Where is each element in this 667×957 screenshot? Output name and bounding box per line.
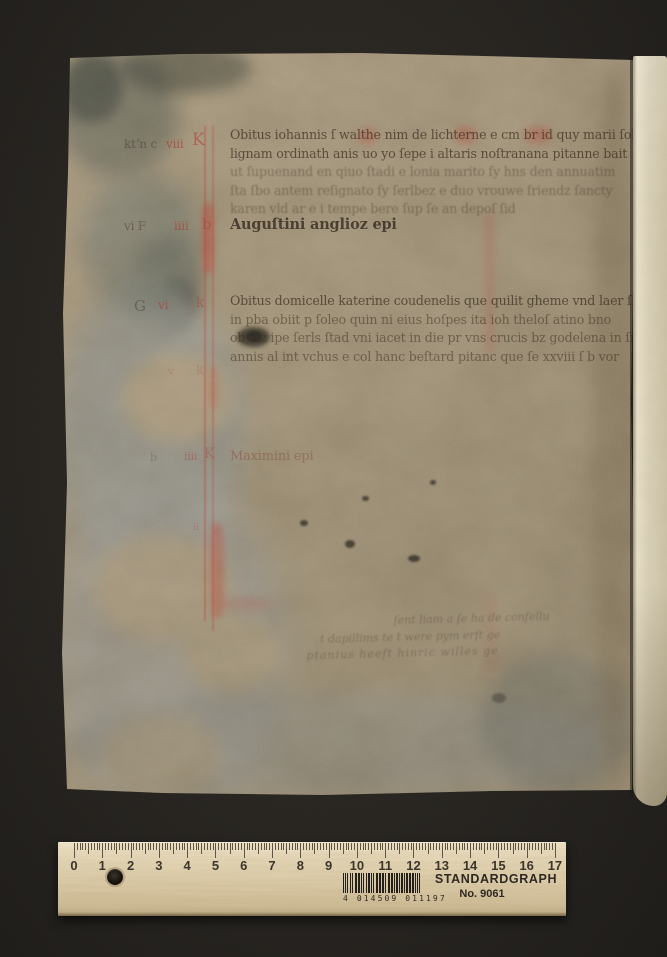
ruler-tick — [238, 843, 239, 850]
ruler-tick — [142, 843, 143, 850]
ruler-tick — [493, 843, 494, 850]
ruler-tick — [230, 843, 231, 854]
ruler-tick — [385, 843, 386, 858]
ruler-number: 4 — [184, 858, 191, 873]
ruler-number: 15 — [491, 858, 505, 873]
ruler-tick — [541, 843, 542, 854]
ruler-number: 6 — [240, 858, 247, 873]
ruler-tick — [402, 843, 403, 850]
ruler-tick — [156, 843, 157, 850]
ruler-tick — [411, 843, 412, 850]
ruler-tick — [111, 843, 112, 850]
ruler-tick — [258, 843, 259, 854]
ruler-tick — [510, 843, 511, 850]
ruler-tick — [297, 843, 298, 850]
ruler-tick — [221, 843, 222, 850]
ruler-number: 16 — [519, 858, 533, 873]
ruler-tick — [388, 843, 389, 850]
ruler-tick — [99, 843, 100, 850]
ruler-tick — [314, 843, 315, 854]
ruler-tick — [190, 843, 191, 850]
ruler-tick — [504, 843, 505, 850]
ruler-number: 14 — [463, 858, 477, 873]
ruler-number: 9 — [325, 858, 332, 873]
ruler-number: 7 — [268, 858, 275, 873]
ruler-tick — [498, 843, 499, 858]
ruler-tick — [207, 843, 208, 850]
ruler-tick — [261, 843, 262, 850]
ruler-tick — [139, 843, 140, 850]
ruler-tick — [490, 843, 491, 850]
ruler-tick — [470, 843, 471, 858]
ruler-tick — [515, 843, 516, 850]
ruler-tick — [159, 843, 160, 858]
ruler-tick — [351, 843, 352, 850]
ruler-number: 1 — [99, 858, 106, 873]
ruler-tick — [235, 843, 236, 850]
ruler: 01234567891011121314151617 4 014509 0111… — [58, 842, 566, 916]
ruler-tick — [453, 843, 454, 850]
ruler-tick — [232, 843, 233, 850]
ruler-tick — [479, 843, 480, 850]
ruler-tick — [275, 843, 276, 850]
ruler-tick — [187, 843, 188, 858]
ruler-tick — [507, 843, 508, 850]
ruler-tick — [224, 843, 225, 850]
ruler-tick — [145, 843, 146, 854]
ruler-tick — [176, 843, 177, 850]
ruler-tick — [244, 843, 245, 858]
ruler-tick — [487, 843, 488, 850]
ruler-tick — [131, 843, 132, 858]
ruler-tick — [546, 843, 547, 850]
ruler-tick — [148, 843, 149, 850]
ruler-tick — [374, 843, 375, 850]
ruler-tick — [133, 843, 134, 850]
ruler-tick — [496, 843, 497, 850]
ruler-tick — [484, 843, 485, 854]
ruler-tick — [102, 843, 103, 858]
ruler-tick — [544, 843, 545, 850]
ruler-tick — [481, 843, 482, 850]
ruler-tick — [116, 843, 117, 854]
ruler-tick — [326, 843, 327, 850]
ruler-tick — [170, 843, 171, 850]
ruler-tick — [357, 843, 358, 858]
ruler-tick — [422, 843, 423, 850]
ruler-number: 5 — [212, 858, 219, 873]
facing-folio-edge — [633, 56, 667, 806]
ruler-tick — [295, 843, 296, 850]
ruler-tick — [227, 843, 228, 850]
ruler-tick — [501, 843, 502, 850]
ruler-tick — [538, 843, 539, 850]
ruler-bottom-edge — [58, 912, 566, 916]
ruler-tick — [365, 843, 366, 850]
ruler-tick — [136, 843, 137, 850]
ruler-tick — [286, 843, 287, 854]
ruler-tick — [94, 843, 95, 850]
ruler-tick — [215, 843, 216, 858]
model-label: No. 9061 — [410, 888, 554, 900]
ruler-tick — [513, 843, 514, 854]
ruler-tick — [331, 843, 332, 850]
ruler-tick — [128, 843, 129, 850]
ruler-tick — [193, 843, 194, 850]
noise-rect — [633, 56, 667, 806]
noise-rect — [62, 53, 634, 795]
ruler-tick — [416, 843, 417, 850]
ruler-tick — [343, 843, 344, 854]
folio-texture — [633, 56, 667, 806]
ruler-tick — [162, 843, 163, 850]
ruler-tick — [309, 843, 310, 850]
ruler-tick — [450, 843, 451, 850]
ruler-tick — [122, 843, 123, 850]
ruler-tick — [467, 843, 468, 850]
ruler-tick — [167, 843, 168, 850]
ruler-tick — [439, 843, 440, 850]
ruler-tick — [247, 843, 248, 850]
ruler-tick — [433, 843, 434, 850]
ruler-tick — [363, 843, 364, 850]
ruler-number: 3 — [155, 858, 162, 873]
ruler-tick — [289, 843, 290, 850]
ruler-tick — [82, 843, 83, 850]
ruler-tick — [445, 843, 446, 850]
ruler-tick — [521, 843, 522, 850]
ruler-tick — [555, 843, 556, 858]
ruler-tick — [394, 843, 395, 850]
ruler-tick — [153, 843, 154, 850]
ruler-tick — [182, 843, 183, 850]
ruler-tick — [360, 843, 361, 850]
ruler-tick — [91, 843, 92, 850]
ruler-tick — [462, 843, 463, 850]
ruler-tick — [196, 843, 197, 850]
ruler-tick — [150, 843, 151, 850]
ruler-tick — [442, 843, 443, 858]
ruler-tick — [198, 843, 199, 850]
ruler-tick — [269, 843, 270, 850]
ruler-tick — [249, 843, 250, 850]
ruler-number: 13 — [435, 858, 449, 873]
ruler-tick — [278, 843, 279, 850]
ruler-tick — [408, 843, 409, 850]
ruler-tick — [527, 843, 528, 858]
ruler-number: 17 — [548, 858, 562, 873]
ruler-tick — [399, 843, 400, 854]
ruler-tick — [80, 843, 81, 850]
ruler-tick — [524, 843, 525, 850]
ruler-tick — [281, 843, 282, 850]
ruler-tick — [77, 843, 78, 850]
ruler-tick — [201, 843, 202, 854]
ruler-tick — [459, 843, 460, 850]
ruler-tick — [184, 843, 185, 850]
ruler-tick — [306, 843, 307, 850]
ruler-tick — [255, 843, 256, 850]
ruler-number: 10 — [350, 858, 364, 873]
ruler-tick — [272, 843, 273, 858]
ruler-tick — [320, 843, 321, 850]
ruler-tick — [371, 843, 372, 854]
ruler-tick — [430, 843, 431, 850]
ruler-tick — [266, 843, 267, 850]
ruler-tick — [74, 843, 75, 858]
ruler-tick — [105, 843, 106, 850]
ruler-tick — [323, 843, 324, 850]
ruler-tick — [252, 843, 253, 850]
ruler-tick — [108, 843, 109, 850]
ruler-tick — [391, 843, 392, 850]
ruler-tick — [264, 843, 265, 850]
ruler-tick — [213, 843, 214, 850]
ruler-tick — [348, 843, 349, 850]
ruler-number: 12 — [406, 858, 420, 873]
ruler-tick — [368, 843, 369, 850]
ruler-tick — [312, 843, 313, 850]
ruler-tick — [317, 843, 318, 850]
ruler-tick — [337, 843, 338, 850]
ruler-hole — [107, 869, 123, 885]
ruler-tick — [303, 843, 304, 850]
ruler-tick — [535, 843, 536, 850]
ruler-tick — [380, 843, 381, 850]
ruler-tick — [447, 843, 448, 850]
ruler-tick — [218, 843, 219, 850]
ruler-number: 2 — [127, 858, 134, 873]
ruler-tick — [179, 843, 180, 850]
ruler-tick — [425, 843, 426, 850]
ruler-tick — [292, 843, 293, 850]
ruler-tick — [85, 843, 86, 850]
ruler-tick — [552, 843, 553, 850]
ruler-tick — [405, 843, 406, 850]
ruler-tick — [340, 843, 341, 850]
ruler-tick — [436, 843, 437, 850]
parchment-texture — [62, 53, 634, 795]
ruler-tick — [173, 843, 174, 854]
ruler-tick — [334, 843, 335, 850]
ruler-number: 11 — [378, 858, 392, 873]
ruler-tick — [210, 843, 211, 850]
brand-label: STANDARDGRAPH — [424, 872, 566, 886]
ruler-tick — [88, 843, 89, 854]
ruler-tick — [464, 843, 465, 850]
ruler-tick — [119, 843, 120, 850]
ruler-tick — [473, 843, 474, 850]
ruler-tick — [382, 843, 383, 850]
ruler-tick — [283, 843, 284, 850]
ruler-tick — [428, 843, 429, 854]
manuscript-leaf: ktʼn c viii K Obitus iohannis ſ walthe n… — [62, 53, 634, 795]
ruler-tick — [125, 843, 126, 850]
ruler-tick — [532, 843, 533, 850]
ruler-tick — [456, 843, 457, 854]
ruler-tick — [165, 843, 166, 850]
ruler-tick — [529, 843, 530, 850]
ruler-tick — [300, 843, 301, 858]
ruler-tick — [397, 843, 398, 850]
ruler-tick — [204, 843, 205, 850]
ruler-tick — [549, 843, 550, 850]
ruler-tick — [354, 843, 355, 850]
ruler-tick — [413, 843, 414, 858]
ruler-tick — [518, 843, 519, 850]
ruler-tick — [241, 843, 242, 850]
ruler-tick — [346, 843, 347, 850]
ruler-tick — [114, 843, 115, 850]
ruler-number: 8 — [297, 858, 304, 873]
ruler-tick — [419, 843, 420, 850]
ruler-tick — [377, 843, 378, 850]
ruler-tick — [97, 843, 98, 850]
ruler-tick — [329, 843, 330, 858]
ruler-tick — [476, 843, 477, 850]
ruler-number: 0 — [70, 858, 77, 873]
